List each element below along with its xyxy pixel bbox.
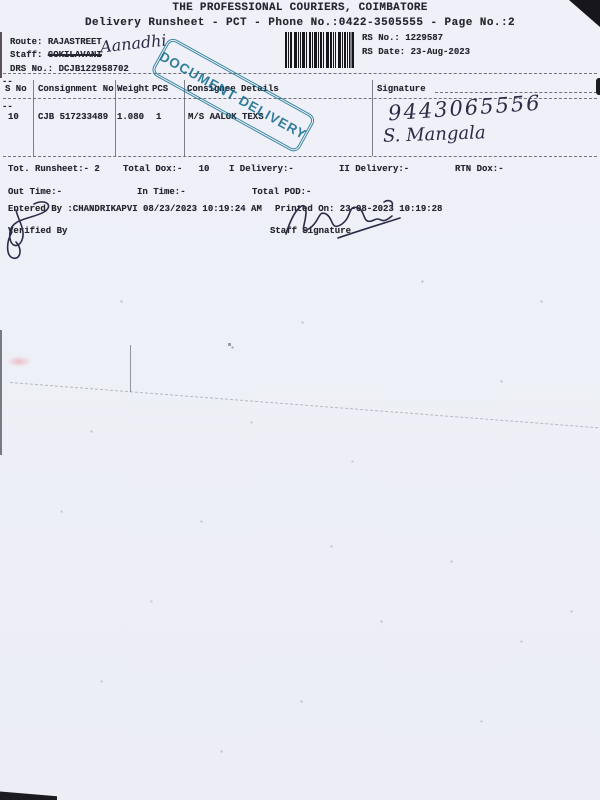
table-row-sno: 10 [8, 112, 19, 123]
col-header-pcs: PCS [152, 84, 168, 95]
company-title: THE PROFESSIONAL COURIERS, COIMBATORE [0, 3, 600, 14]
table-column-line [372, 80, 373, 156]
table-column-line [115, 80, 116, 156]
table-row-pcs: 1 [156, 112, 161, 123]
rs-date-value: 23-Aug-2023 [411, 47, 470, 57]
scan-corner-shadow-bottom-left [0, 790, 57, 800]
scan-dust-specks [0, 0, 1, 1]
pink-ink-smudge [7, 356, 31, 367]
rs-date-field: RS Date: 23-Aug-2023 [362, 47, 470, 58]
staff-value: GOKILAVANI [48, 50, 102, 60]
tot-runsheet-field: Tot. Runsheet:- 2 [8, 164, 100, 175]
staff-label: Staff: [10, 50, 42, 60]
handwritten-phone-number: 9443065556 [387, 91, 542, 126]
scanned-delivery-runsheet: THE PROFESSIONAL COURIERS, COIMBATORE De… [0, 0, 600, 800]
route-field: Route: RAJASTREET [10, 37, 102, 48]
in-time-label: In Time:- [137, 187, 186, 198]
paper-crease-line [10, 382, 600, 429]
total-dox-label: Total Dox:- [123, 164, 182, 174]
rs-no-field: RS No.: 1229587 [362, 33, 443, 44]
total-dox-field: Total Dox:- 10 [123, 164, 209, 175]
col-header-consignment: Consignment No [38, 84, 114, 95]
handwritten-signature-name: S. Mangala [383, 122, 486, 147]
total-dox-value: 10 [199, 164, 210, 174]
scan-edge-strip [0, 330, 2, 455]
col-header-weight: Weight [117, 84, 149, 95]
runsheet-subtitle: Delivery Runsheet - PCT - Phone No.:0422… [0, 18, 600, 29]
route-label: Route: [10, 37, 42, 47]
scan-edge-strip [0, 32, 2, 78]
i-delivery-label: I Delivery:- [229, 164, 294, 175]
staff-field: Staff: GOKILAVANI [10, 50, 102, 61]
scan-edge-mark [596, 78, 600, 95]
col-header-signature: Signature [377, 84, 426, 95]
table-row-weight: 1.080 [117, 112, 144, 123]
table-column-line [33, 80, 34, 156]
route-value: RAJASTREET [48, 37, 102, 47]
divider-line [3, 156, 597, 157]
verified-by-signature-scribble [0, 198, 70, 262]
rs-date-label: RS Date: [362, 47, 405, 57]
col-header-sno: S No [5, 84, 27, 95]
rtn-dox-label: RTN Dox:- [455, 164, 504, 175]
out-time-label: Out Time:- [8, 187, 62, 198]
ii-delivery-label: II Delivery:- [339, 164, 409, 175]
scan-scratch-mark [130, 345, 131, 392]
tot-runsheet-value: 2 [94, 164, 99, 174]
staff-signature-scribble [280, 192, 406, 246]
divider-line [3, 73, 597, 74]
scan-corner-shadow-top-right [569, 0, 600, 27]
table-row-consignment: CJB 517233489 [38, 112, 108, 123]
handwritten-staff-note: Aanadhi [99, 31, 167, 57]
tot-runsheet-label: Tot. Runsheet:- [8, 164, 89, 174]
rs-no-value: 1229587 [405, 33, 443, 43]
rs-no-label: RS No.: [362, 33, 400, 43]
barcode [285, 32, 354, 68]
